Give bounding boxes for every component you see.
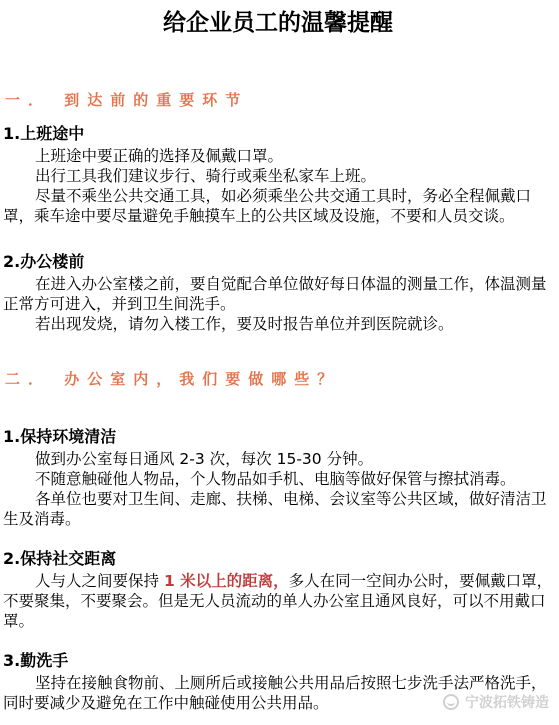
document-page: 给企业员工的温馨提醒 一． 到达前的重要环节 1.上班途中 上班途中要正确的选择… [0, 0, 559, 713]
paragraph-commute-2: 出行工具我们建议步行、骑行或乘坐私家车上班。 [3, 166, 553, 186]
paragraph-commute-1: 上班途中要正确的选择及佩戴口罩。 [3, 146, 553, 166]
section-one-heading: 一． 到达前的重要环节 [3, 91, 553, 110]
paragraph-commute-3: 尽量不乘坐公共交通工具，如必须乘坐公共交通工具时，务必全程佩戴口罩，乘车途中要尽… [3, 186, 553, 226]
subsection-before-building-title: 2.办公楼前 [3, 252, 553, 272]
paragraph-clean-1: 做到办公室每日通风 2-3 次，每次 15-30 分钟。 [3, 449, 553, 469]
paragraph-social-distance: 人与人之间要保持 1 米以上的距离，多人在同一空间办公时，要佩戴口罩，不要聚集，… [3, 571, 553, 631]
page-title: 给企业员工的温馨提醒 [3, 8, 553, 38]
subsection-commute-title: 1.上班途中 [3, 124, 553, 144]
distance-emphasis: 1 米以上的距离， [164, 572, 289, 590]
paragraph-before-building-2: 若出现发烧，请勿入楼工作，要及时报告单位并到医院就诊。 [3, 314, 553, 334]
paragraph-before-building-1: 在进入办公室楼之前，要自觉配合单位做好每日体温的测量工作，体温测量正常方可进入，… [3, 274, 553, 314]
subsection-hand-washing-title: 3.勤洗手 [3, 651, 553, 671]
subsection-clean-environment-title: 1.保持环境清洁 [3, 427, 553, 447]
subsection-before-building: 2.办公楼前 在进入办公室楼之前，要自觉配合单位做好每日体温的测量工作，体温测量… [3, 252, 553, 334]
subsection-clean-environment: 1.保持环境清洁 做到办公室每日通风 2-3 次，每次 15-30 分钟。 不随… [3, 427, 553, 529]
watermark-logo-icon [443, 694, 459, 710]
subsection-social-distance: 2.保持社交距离 人与人之间要保持 1 米以上的距离，多人在同一空间办公时，要佩… [3, 549, 553, 631]
subsection-commute: 1.上班途中 上班途中要正确的选择及佩戴口罩。 出行工具我们建议步行、骑行或乘坐… [3, 124, 553, 226]
watermark: 宁波拓铁铸造 [443, 692, 549, 712]
social-distance-text-pre: 人与人之间要保持 [35, 572, 164, 590]
watermark-text: 宁波拓铁铸造 [465, 692, 549, 712]
section-two-heading: 二． 办公室内，我们要做哪些？ [3, 370, 553, 389]
paragraph-clean-3: 各单位也要对卫生间、走廊、扶梯、电梯、会议室等公共区域，做好清洁卫生及消毒。 [3, 489, 553, 529]
subsection-social-distance-title: 2.保持社交距离 [3, 549, 553, 569]
paragraph-clean-2: 不随意触碰他人物品，个人物品如手机、电脑等做好保管与擦拭消毒。 [3, 469, 553, 489]
